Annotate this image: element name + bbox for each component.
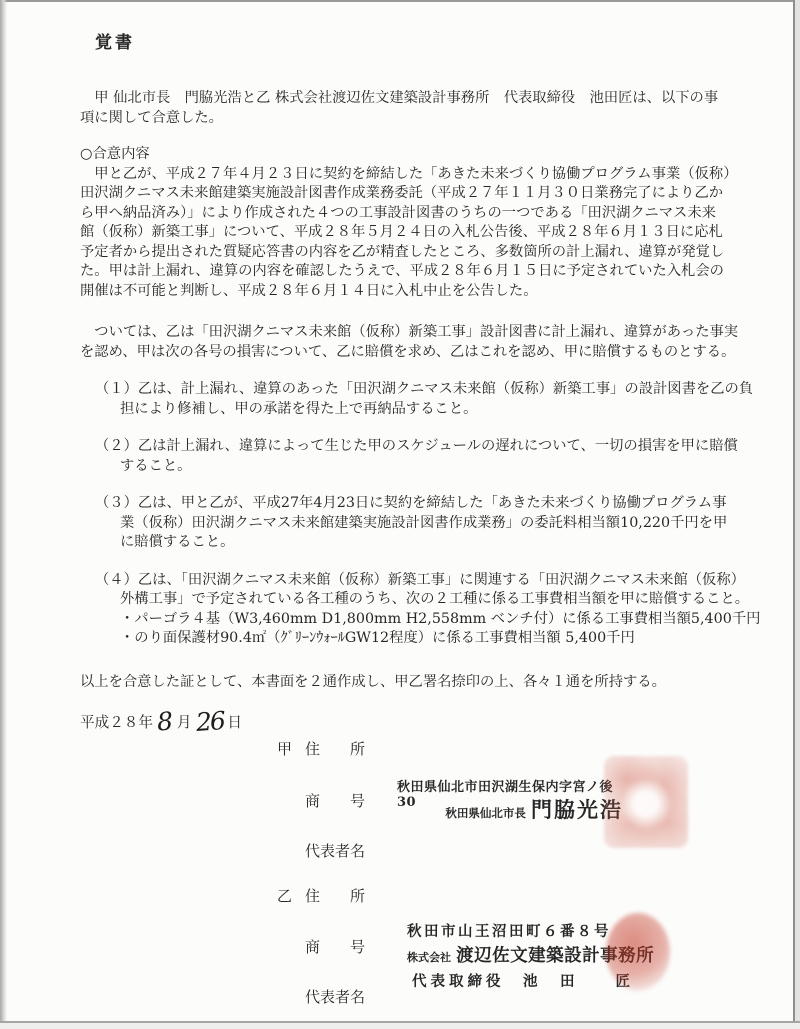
- scan-edge-right: [793, 0, 795, 1029]
- party-a-title: 秋田県仙北市長: [445, 806, 526, 820]
- agreement-heading: ○合意内容: [80, 145, 764, 165]
- party-b-rep-value: 代表取締役 池 田 匠: [412, 970, 634, 991]
- document-body: 覚書 甲 仙北市長 門脇光浩と乙 株式会社渡辺佐文建築設計事務所 代表取締役 池…: [0, 0, 800, 738]
- date-day-label: 日: [227, 711, 242, 732]
- party-a-mark: 甲: [277, 738, 293, 759]
- party-a-rep-label: 代表者名: [305, 840, 365, 861]
- agreement-body-paragraph: 甲と乙が、平成２７年４月２３日に契約を締結した「あきた未来づくり協働プログラム事…: [80, 165, 764, 302]
- party-a-name-line: 秋田県仙北市長 門脇光浩: [397, 794, 623, 824]
- round-seal-stamp-icon: [606, 913, 670, 991]
- date-era-year: 平成２８年: [80, 711, 153, 732]
- party-b-rep-label: 代表者名: [305, 986, 365, 1007]
- scan-edge-bottom-outer: [0, 1023, 800, 1029]
- scan-edge-left: [0, 0, 7, 1029]
- scanned-memorandum-page: 覚書 甲 仙北市長 門脇光浩と乙 株式会社渡辺佐文建築設計事務所 代表取締役 池…: [0, 0, 800, 1029]
- claim-item-2: （２）乙は計上漏れ、違算によって生じた甲のスケジュールの遅れについて、一切の損害…: [80, 437, 764, 476]
- party-a-address-label: 住 所: [305, 738, 365, 759]
- party-b-address-value: 秋田市山王沼田町６番８号: [407, 920, 611, 941]
- party-b-company-prefix: 株式会社: [407, 951, 451, 964]
- date-line: 平成２８年 8 月 26 日: [80, 704, 764, 738]
- scan-edge-bottom: [0, 1021, 800, 1023]
- square-seal-stamp-icon: [604, 756, 688, 848]
- party-b-address-label: 住 所: [305, 885, 365, 906]
- intro-paragraph: 甲 仙北市長 門脇光浩と乙 株式会社渡辺佐文建築設計事務所 代表取締役 池田匠は…: [80, 89, 764, 128]
- document-title: 覚書: [95, 28, 764, 53]
- party-b-mark: 乙: [277, 885, 293, 906]
- scan-edge-top: [0, 0, 800, 2]
- scan-edge-right-outer: [795, 0, 800, 1029]
- date-month-label: 月: [177, 711, 192, 732]
- claim-item-4: （４）乙は、「田沢湖クニマス未来館（仮称）新築工事」に関連する「田沢湖クニマス未…: [80, 571, 764, 649]
- handwritten-month: 8: [156, 706, 174, 736]
- closing-paragraph: 以上を合意した証として、本書面を２通作成し、甲乙署名捺印の上、各々１通を所持する…: [80, 673, 764, 693]
- party-a-company-label: 商 号: [305, 790, 365, 811]
- liability-paragraph: ついては、乙は「田沢湖クニマス未来館（仮称）新築工事」設計図書に計上漏れ、違算が…: [80, 323, 764, 362]
- claim-item-3: （３）乙は、甲と乙が、平成27年4月23日に契約を締結した「あきた未来づくり協働…: [80, 494, 764, 553]
- claim-item-1: （１）乙は、計上漏れ、違算のあった「田沢湖クニマス未来館（仮称）新築工事」の設計…: [80, 380, 764, 419]
- handwritten-day: 26: [195, 706, 225, 737]
- party-b-company-label: 商 号: [305, 936, 365, 957]
